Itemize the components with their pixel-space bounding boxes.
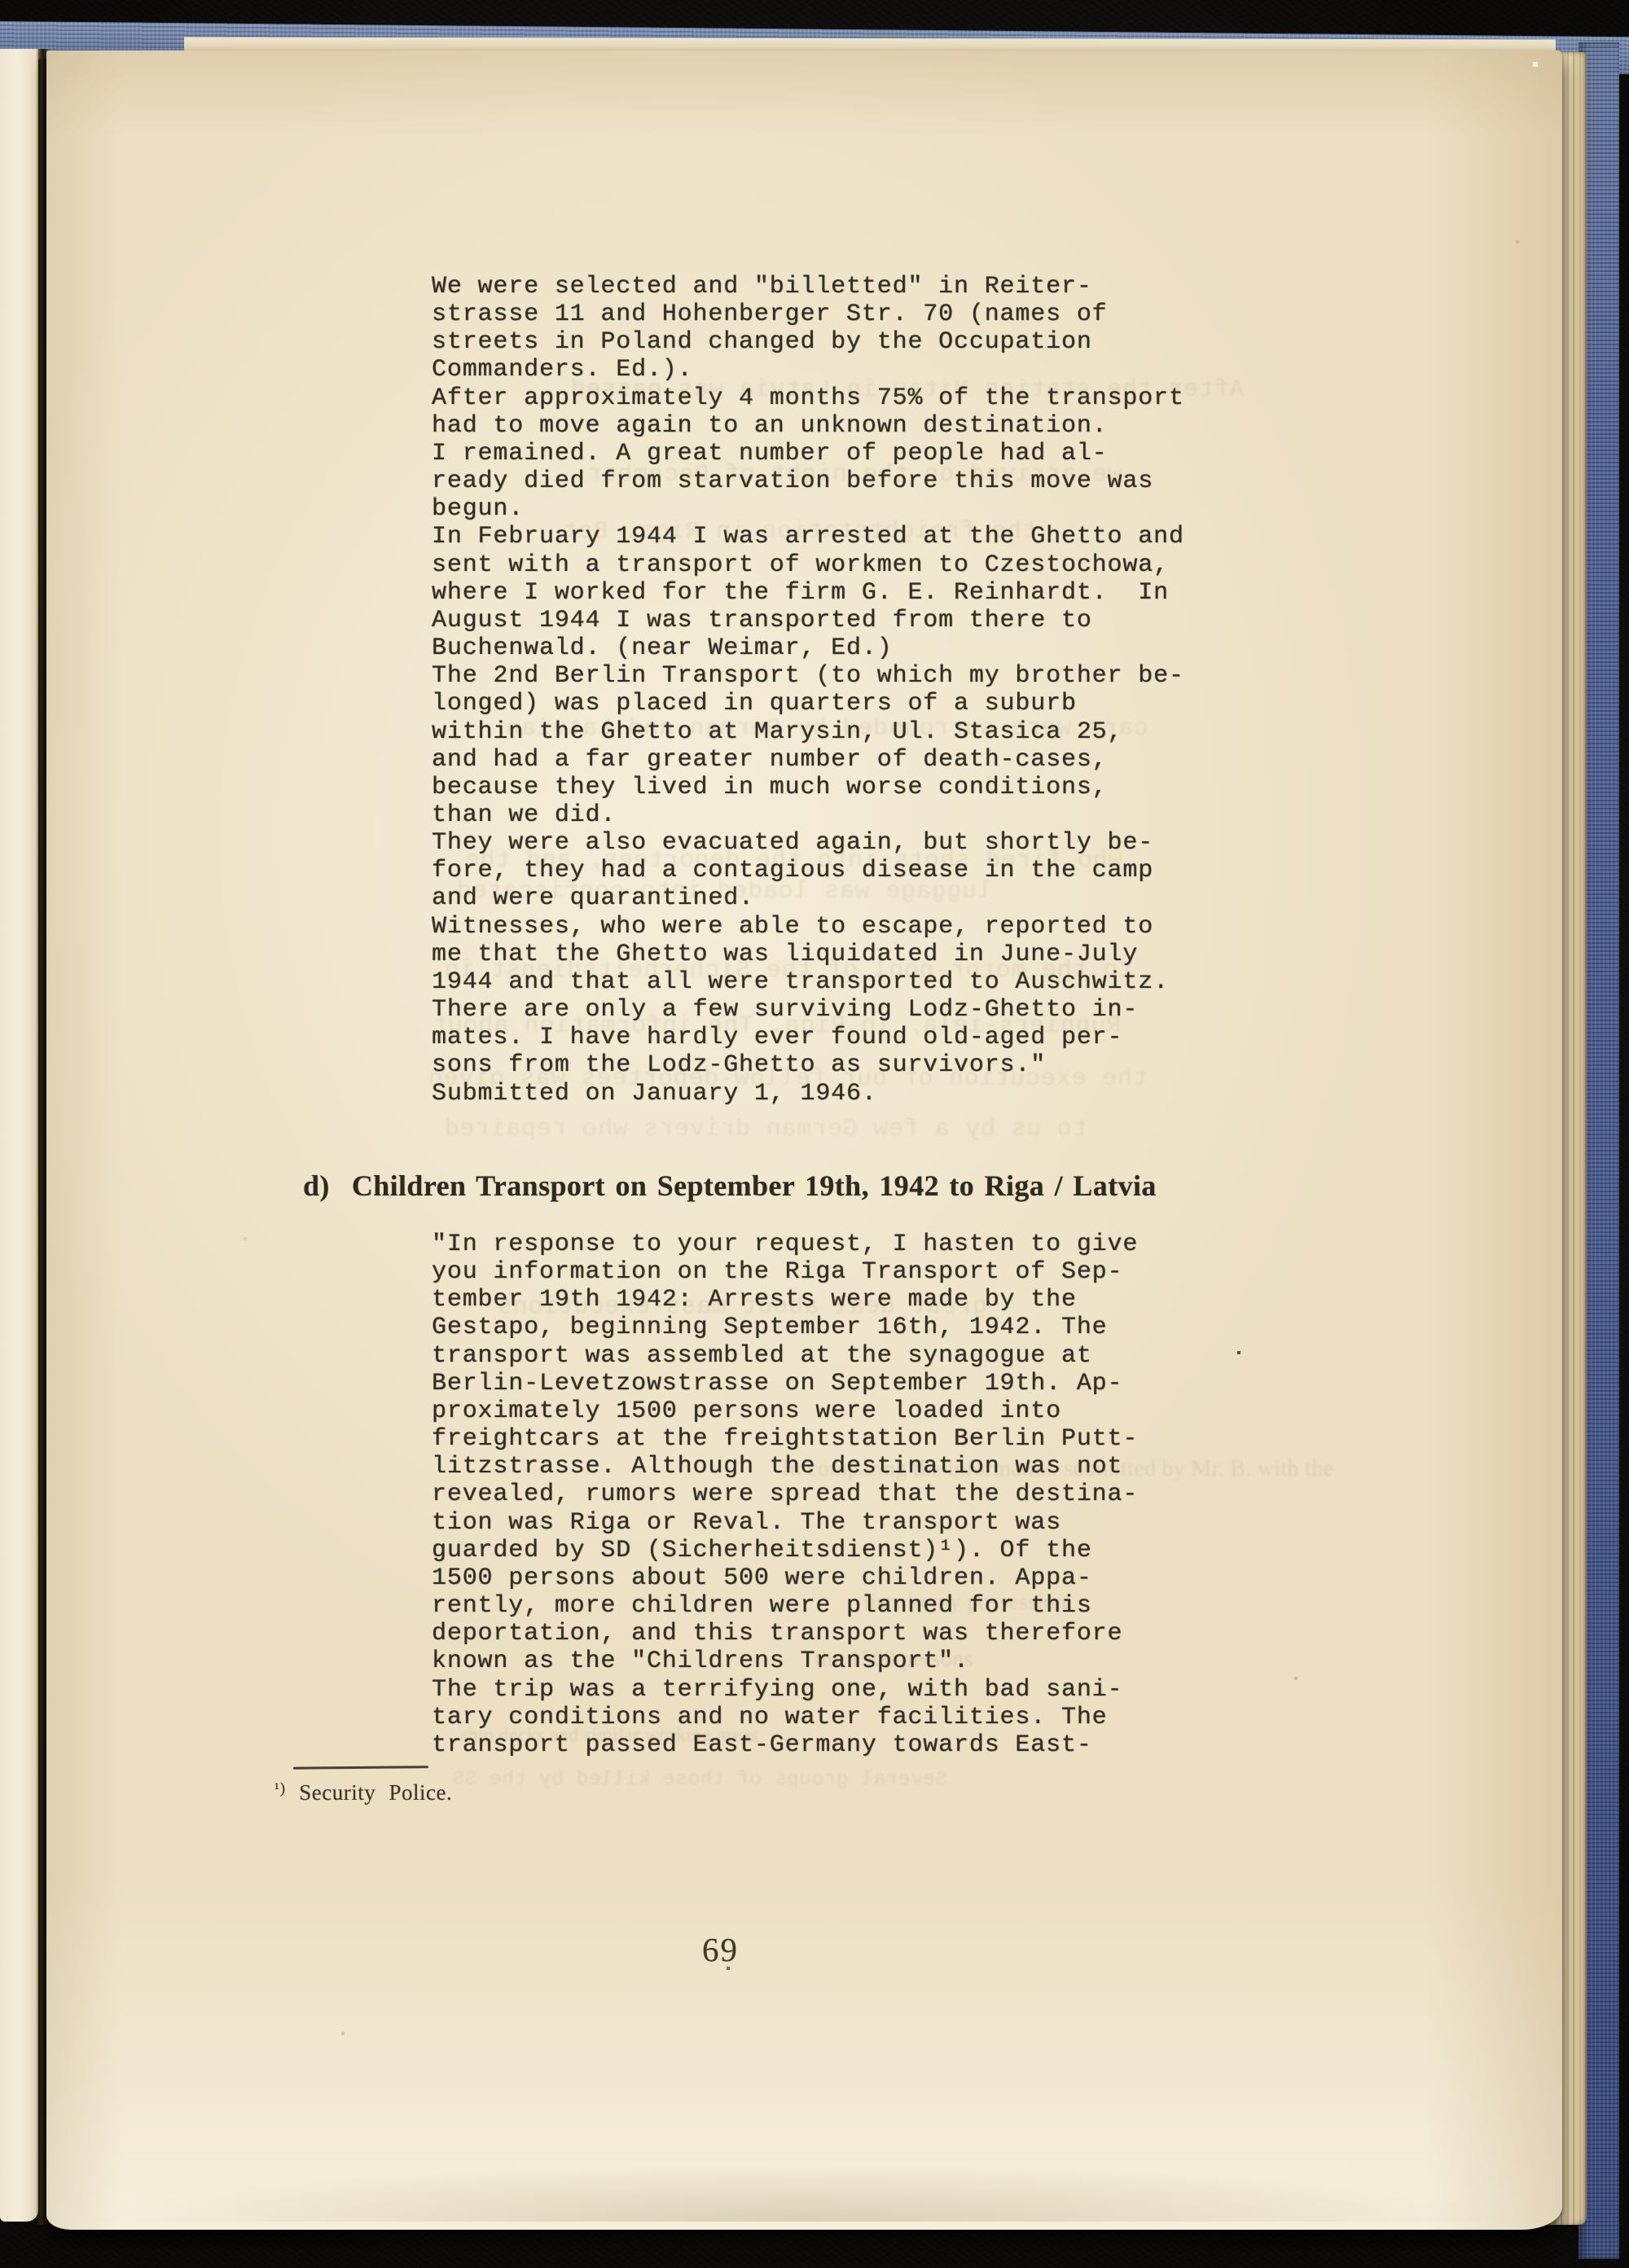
typewritten-line: Commanders. Ed.). [432,356,1184,384]
typewritten-line: proximately 1500 persons were loaded int… [432,1397,1138,1425]
typewritten-line: fore, they had a contagious disease in t… [432,857,1184,884]
typewritten-line: Berlin-Levetzowstrasse on September 19th… [432,1370,1138,1397]
typewritten-line: litzstrasse. Although the destination wa… [432,1453,1138,1481]
typewritten-line: within the Ghetto at Marysin, Ul. Stasic… [432,718,1184,746]
section-heading-marker: d) [303,1168,330,1204]
testimony-paragraphs-lodz: We were selected and "billetted" in Reit… [432,273,1184,1108]
typewritten-line: tion was Riga or Reval. The transport wa… [432,1509,1138,1537]
typewritten-line: They were also evacuated again, but shor… [432,829,1184,857]
footnote-text: Security Police. [299,1780,452,1805]
typewritten-line: than we did. [432,801,1184,829]
typewritten-line: The 2nd Berlin Transport (to which my br… [432,662,1184,690]
typewritten-line: guarded by SD (Sicherheitsdienst)¹). Of … [432,1537,1138,1564]
typewritten-line: We were selected and "billetted" in Reit… [432,273,1184,300]
typewritten-line: I remained. A great number of people had… [432,440,1184,467]
typewritten-line: 1500 persons about 500 were children. Ap… [432,1564,1138,1592]
typewritten-line: There are only a few surviving Lodz-Ghet… [432,996,1184,1024]
typewritten-line: tember 19th 1942: Arrests were made by t… [432,1286,1138,1314]
typewritten-line: "In response to your request, I hasten t… [432,1231,1138,1258]
typewritten-line: ready died from starvation before this m… [432,467,1184,495]
typewritten-line: deportation, and this transport was ther… [432,1620,1138,1647]
photographed-book-page: { "document": { "page_number": "69", "he… [0,0,1629,2268]
typewritten-line: sent with a transport of workmen to Czes… [432,551,1184,579]
testimony-paragraphs-riga: "In response to your request, I hasten t… [432,1231,1138,1759]
typewritten-line: streets in Poland changed by the Occupat… [432,328,1184,356]
typewritten-line: because they lived in much worse conditi… [432,774,1184,801]
typewritten-line: me that the Ghetto was liquidated in Jun… [432,941,1184,968]
section-heading-text: Children Transport on September 19th, 19… [352,1168,1157,1204]
typewritten-line: had to move again to an unknown destinat… [432,412,1184,440]
typewritten-line: sons from the Lodz-Ghetto as survivors." [432,1051,1184,1079]
typewritten-line: Buchenwald. (near Weimar, Ed.) [432,634,1184,662]
typewritten-line: begun. [432,495,1184,523]
typewritten-line: transport passed East-Germany towards Ea… [432,1731,1138,1759]
typewritten-line: Witnesses, who were able to escape, repo… [432,913,1184,941]
page-number: 69 [702,1930,739,1969]
typewritten-line: longed) was placed in quarters of a subu… [432,690,1184,717]
footnote: ¹) Security Police. [274,1780,452,1805]
typewritten-line: known as the "Childrens Transport". [432,1647,1138,1675]
footnote-marker: ¹) [274,1780,286,1797]
typewritten-line: tary conditions and no water facilities.… [432,1704,1138,1731]
typewritten-line: In February 1944 I was arrested at the G… [432,523,1184,551]
typewritten-line: mates. I have hardly ever found old-aged… [432,1024,1184,1051]
typewritten-line: and had a far greater number of death-ca… [432,746,1184,774]
typewritten-line: Gestapo, beginning September 16th, 1942.… [432,1314,1138,1341]
typewritten-line: Submitted on January 1, 1946. [432,1080,1184,1108]
typewritten-line: and were quarantined. [432,884,1184,912]
page-bottom-shading [57,2150,1548,2222]
typewritten-line: transport was assembled at the synagogue… [432,1342,1138,1370]
typewritten-line: The trip was a terrifying one, with bad … [432,1676,1138,1704]
typewritten-line: revealed, rumors were spread that the de… [432,1481,1138,1508]
typewritten-line: After approximately 4 months 75% of the … [432,384,1184,412]
typewritten-line: where I worked for the firm G. E. Reinha… [432,579,1184,607]
section-heading: d) Children Transport on September 19th,… [303,1168,1157,1204]
typewritten-line: freightcars at the freightstation Berlin… [432,1425,1138,1453]
typewritten-line: strasse 11 and Hohenberger Str. 70 (name… [432,300,1184,328]
facing-page-edge [0,49,38,2222]
typewritten-line: rently, more children were planned for t… [432,1592,1138,1620]
typewritten-line: August 1944 I was transported from there… [432,607,1184,634]
typewritten-line: 1944 and that all were transported to Au… [432,968,1184,996]
typewritten-line: you information on the Riga Transport of… [432,1258,1138,1286]
paper-speckles [0,0,2,2]
